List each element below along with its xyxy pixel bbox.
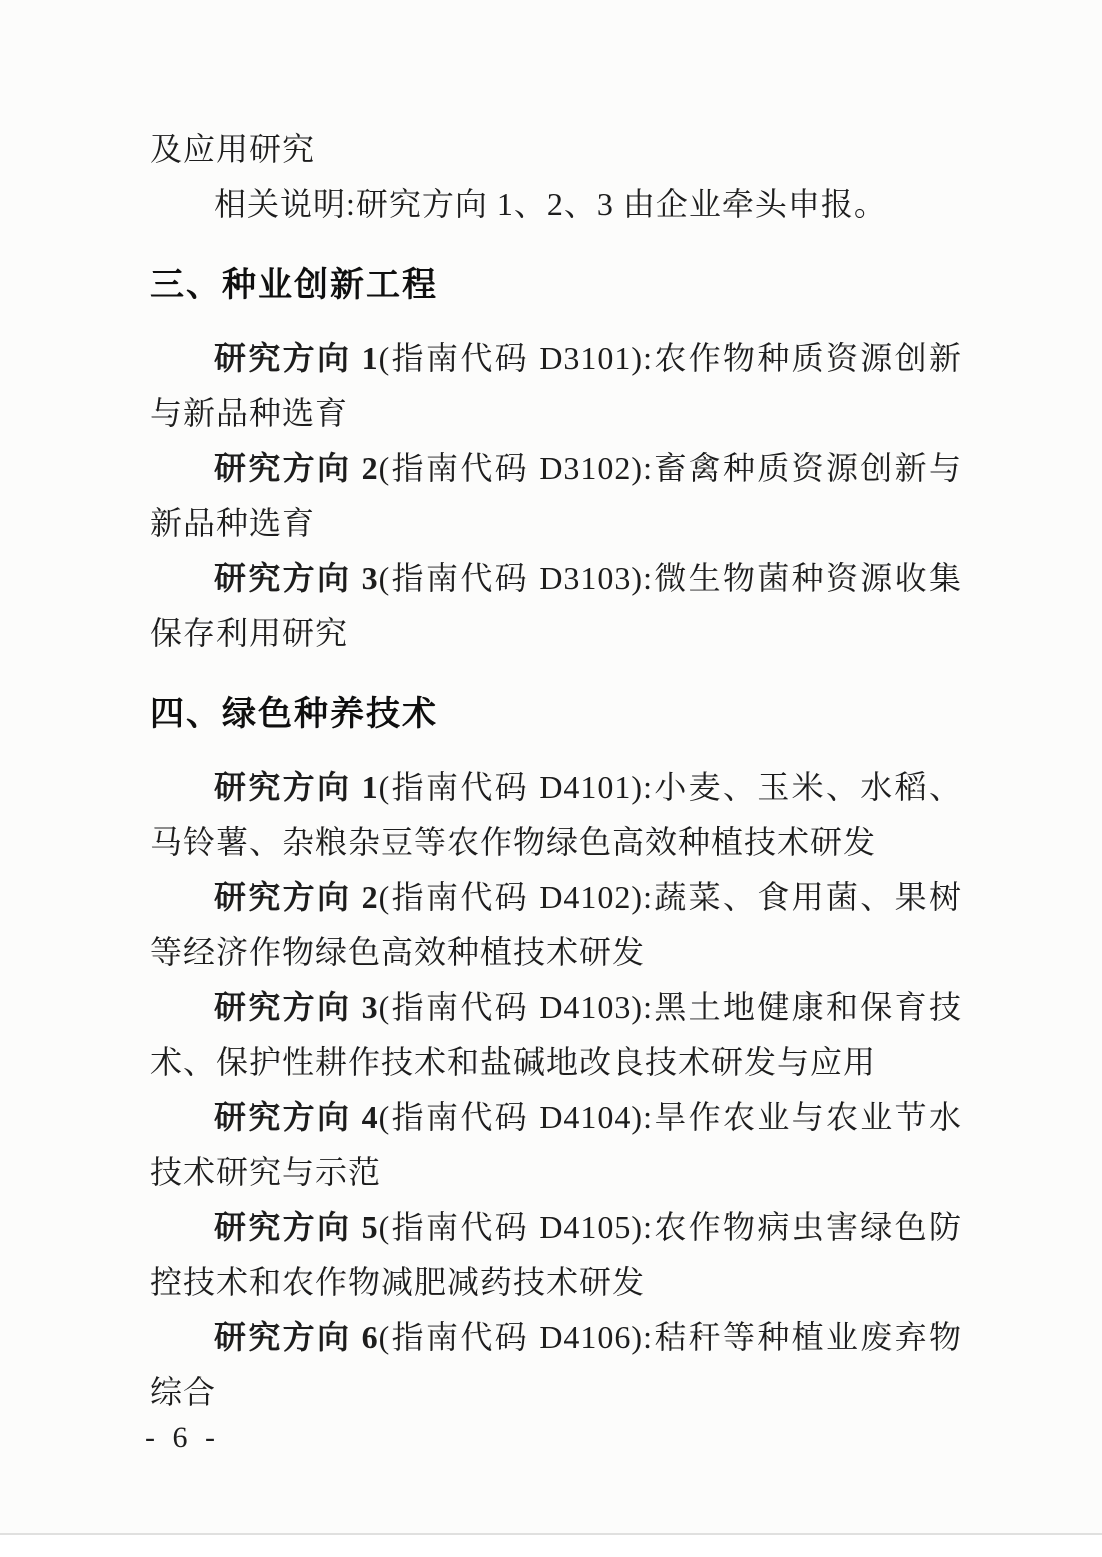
document-body: 及应用研究 相关说明:研究方向 1、2、3 由企业牵头申报。 三、种业创新工程 … [150,122,962,1420]
section-heading-green-farming: 四、绿色种养技术 [150,687,962,742]
direction-d4101: 研究方向 1(指南代码 D4101):小麦、玉米、水稻、马铃薯、杂粮杂豆等农作物… [150,760,962,870]
direction-d3103: 研究方向 3(指南代码 D3103):微生物菌种资源收集保存利用研究 [150,551,962,661]
direction-label: 研究方向 1 [214,769,379,805]
direction-label: 研究方向 2 [214,450,379,486]
direction-label: 研究方向 3 [214,989,379,1025]
paragraph-text: 相关说明:研究方向 1、2、3 由企业牵头申报。 [214,186,887,222]
direction-d3102: 研究方向 2(指南代码 D3102):畜禽种质资源创新与新品种选育 [150,441,962,551]
direction-label: 研究方向 2 [214,879,379,915]
direction-label: 研究方向 4 [214,1099,379,1135]
scanned-document-page: 及应用研究 相关说明:研究方向 1、2、3 由企业牵头申报。 三、种业创新工程 … [0,0,1102,1557]
paragraph-continuation: 及应用研究 [150,122,962,177]
direction-label: 研究方向 3 [214,560,379,596]
direction-d3101: 研究方向 1(指南代码 D3101):农作物种质资源创新与新品种选育 [150,331,962,441]
direction-d4104: 研究方向 4(指南代码 D4104):旱作农业与农业节水技术研究与示范 [150,1090,962,1200]
direction-d4105: 研究方向 5(指南代码 D4105):农作物病虫害绿色防控技术和农作物减肥减药技… [150,1200,962,1310]
direction-d4103: 研究方向 3(指南代码 D4103):黑土地健康和保育技术、保护性耕作技术和盐碱… [150,980,962,1090]
direction-label: 研究方向 1 [214,340,379,376]
paragraph-text: 及应用研究 [150,131,315,167]
section-heading-seed-innovation: 三、种业创新工程 [150,258,962,313]
direction-d4102: 研究方向 2(指南代码 D4102):蔬菜、食用菌、果树等经济作物绿色高效种植技… [150,870,962,980]
direction-d4106: 研究方向 6(指南代码 D4106):秸秆等种植业废弃物综合 [150,1310,962,1420]
scan-background-strip [0,1535,1102,1557]
direction-label: 研究方向 6 [214,1319,379,1355]
direction-label: 研究方向 5 [214,1209,379,1245]
paragraph-note: 相关说明:研究方向 1、2、3 由企业牵头申报。 [150,177,962,232]
page-number: - 6 - [145,1418,220,1458]
